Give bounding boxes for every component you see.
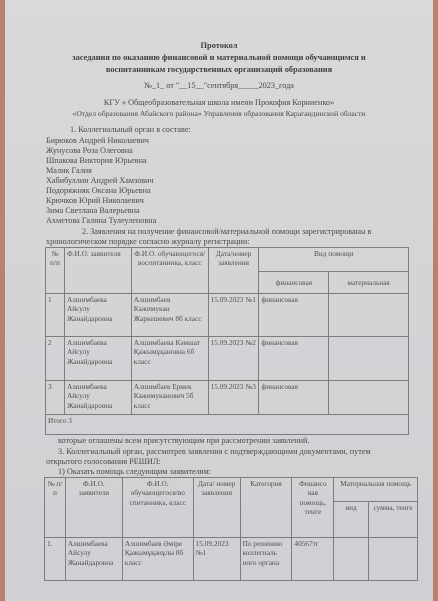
row-material	[329, 381, 409, 415]
member: Шпакова Виктория Юрьевна	[46, 156, 147, 165]
row-applicant: Алшимбаева Айсулу Жанайдаровна	[64, 381, 131, 415]
after-table1-text: которые оглашены всем присутствующим при…	[58, 436, 309, 445]
row-student: Алшимбаев Ермек Кажимуканович 5б класс	[131, 381, 208, 415]
member: Зима Светлана Валерьевна	[46, 206, 140, 215]
row-student: Алшимбаева Кәмшат Қажымұқановна 6б класс	[131, 337, 208, 381]
organization-line1: КГУ « Общеобразовательная школа имени Пр…	[5, 98, 433, 107]
total-row: Итого 3	[46, 415, 409, 435]
header-num: № п/п	[46, 248, 65, 294]
decision-table: № п/п Ф.И.О. заявителя Ф.И.О. обучающего…	[44, 477, 418, 581]
member: Хабибуллин Андрей Хамзович	[46, 176, 154, 185]
row-financial: финансовая	[259, 381, 329, 415]
row-num: 3	[46, 381, 65, 415]
row-applicant: Алшимбаева Айсулу Жанайдаровна	[65, 538, 122, 581]
member: Малик Галия	[46, 166, 92, 175]
member: Крючков Юрий Николаевич	[46, 196, 144, 205]
header-kind: вид	[334, 502, 369, 538]
document-title: Протокол	[5, 41, 433, 50]
row-num: 2	[46, 337, 65, 381]
header-student: Ф.И.О. обучающегося/ воспитанника, класс	[131, 248, 208, 294]
row-financial: финансовая	[259, 294, 329, 337]
protocol-number-date: №_1_ от "__15__"сентября_____2023_года	[5, 81, 433, 90]
row-material	[329, 294, 409, 337]
header-category: Категория	[240, 478, 292, 538]
table-row: 3 Алшимбаева Айсулу Жанайдаровна Алшимба…	[46, 381, 409, 415]
row-financial: 40567тг	[292, 538, 334, 581]
row-applicant: Алшимбаева Айсулу Жанайдаровна	[64, 294, 131, 337]
member: Подоряжняк Оксана Юрьевна	[46, 186, 151, 195]
header-date: Дата/номер заявления	[208, 248, 259, 294]
member: Ахметова Галина Тулеуленовна	[46, 216, 156, 225]
row-num: 1	[46, 294, 65, 337]
row-date: 15.09.2023 №1	[193, 538, 240, 581]
header-applicant: Ф.И.О. заявителя	[64, 248, 131, 294]
section2-line2: хронологическом порядке согласно журналу…	[46, 237, 249, 246]
section3-line2: открытого голосования РЕШИЛ:	[46, 457, 161, 466]
header-material: материальная	[329, 272, 409, 294]
table-row: 2 Алшимбаева Айсулу Жанайдаровна Алшимба…	[46, 337, 409, 381]
row-date: 15.09.2023 №3	[208, 381, 259, 415]
row-category: По решению коллегиаль ного органа	[240, 538, 292, 581]
section1-heading: 1. Коллегиальный орган в составе:	[70, 125, 191, 134]
row-kind	[334, 538, 369, 581]
document-page: Протокол заседания по оказанию финансово…	[5, 0, 433, 601]
header-financial: Финансо вая помощь, тенге	[292, 478, 334, 538]
section3-line1: 3. Коллегиальный орган, рассмотрев заявл…	[58, 447, 371, 456]
member: Бирюков Андрей Николаевич	[46, 136, 149, 145]
row-date: 15.09.2023 №1	[208, 294, 259, 337]
header-student: Ф.И.О. обучающегося/во спитанника, класс	[122, 478, 193, 538]
member: Жунусова Роза Олеговна	[46, 146, 133, 155]
total-label: Итого 3	[46, 415, 409, 435]
header-financial: финансовая	[259, 272, 329, 294]
table-row: 1 Алшимбаева Айсулу Жанайдаровна Алшимба…	[46, 294, 409, 337]
row-applicant: Алшимбаева Айсулу Жанайдаровна	[64, 337, 131, 381]
header-applicant: Ф.И.О. заявителя	[65, 478, 122, 538]
organization-line2: «Отдел образования Абайского района» Упр…	[5, 109, 433, 118]
header-sum: сумма, тенге	[369, 502, 418, 538]
header-aid-type: Вид помощи	[259, 248, 409, 272]
registration-table: № п/п Ф.И.О. заявителя Ф.И.О. обучающего…	[45, 247, 409, 435]
header-num: № п/п	[45, 478, 66, 538]
section3-subheading: 1) Оказать помощь следующим заявителям:	[58, 467, 211, 476]
row-student: Алшимбаев Әміре Қажымұқанұлы 8б класс	[122, 538, 193, 581]
row-financial: финансовая	[259, 337, 329, 381]
document-subtitle-line2: воспитанникам государственных организаци…	[5, 65, 433, 74]
header-material: Материальная помощь	[334, 478, 418, 502]
table-row: 1. Алшимбаева Айсулу Жанайдаровна Алшимб…	[45, 538, 418, 581]
row-sum	[369, 538, 418, 581]
row-student: Алшимбаев Кажимукан Жаркешевич 8б класс	[131, 294, 208, 337]
header-date: Дата/ номер заявления	[193, 478, 240, 538]
row-material	[329, 337, 409, 381]
row-num: 1.	[45, 538, 66, 581]
row-date: 15.09.2023 №2	[208, 337, 259, 381]
section2-line1: 2. Заявления на получение финансовой/мат…	[82, 227, 371, 236]
document-subtitle-line1: заседания по оказанию финансовой и матер…	[5, 53, 433, 62]
